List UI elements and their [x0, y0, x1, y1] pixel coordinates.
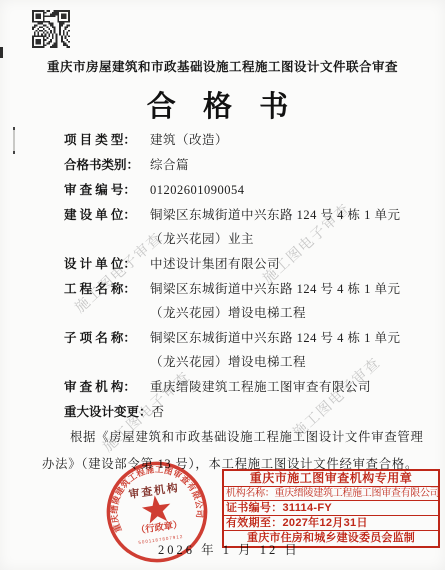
- field-label: 合格书类别：: [64, 153, 150, 177]
- field-value: 铜梁区东城街道中兴东路 124 号 4 栋 1 单元（龙兴花园）增设电梯工程: [150, 326, 419, 374]
- field-value: 建筑（改造）: [150, 128, 419, 152]
- qr-code: [32, 10, 70, 48]
- field-row-review-number: 审 查 编 号： 01202601090054: [64, 178, 419, 202]
- field-row-project-name: 工 程 名 称： 铜梁区东城街道中兴东路 124 号 4 栋 1 单元（龙兴花园…: [64, 277, 419, 325]
- seal-caption-top: 审查机构: [128, 480, 181, 501]
- field-row-construction-unit: 建 设 单 位： 铜梁区东城街道中兴东路 124 号 4 栋 1 单元（龙兴花园…: [64, 203, 419, 251]
- field-label: 项 目 类 型：: [64, 128, 150, 152]
- field-label: 审 查 编 号：: [64, 178, 150, 202]
- field-value: 否: [152, 400, 419, 424]
- field-value: 铜梁区东城街道中兴东路 124 号 4 栋 1 单元（龙兴花园）增设电梯工程: [150, 277, 419, 325]
- field-value: 铜梁区东城街道中兴东路 124 号 4 栋 1 单元（龙兴花园）业主: [150, 203, 419, 251]
- field-row-subproject-name: 子 项 名 称： 铜梁区东城街道中兴东路 124 号 4 栋 1 单元（龙兴花园…: [64, 326, 419, 374]
- seal-box-org-name: 机构名称：重庆缙陵建筑工程施工图审查有限公司: [224, 486, 438, 500]
- approval-seal-box: 重庆市施工图审查机构专用章 机构名称：重庆缙陵建筑工程施工图审查有限公司 证书编…: [222, 469, 440, 548]
- field-row-certificate-category: 合格书类别： 综合篇: [64, 153, 419, 177]
- field-label: 审 查 机 构：: [64, 375, 150, 399]
- field-row-major-design-change: 重大设计变更： 否: [64, 400, 419, 424]
- field-label: 工 程 名 称：: [64, 277, 150, 325]
- field-label: 建 设 单 位：: [64, 203, 150, 251]
- document-title: 合 格 书: [0, 84, 445, 125]
- field-row-design-unit: 设 计 单 位： 中述设计集团有限公司: [64, 252, 419, 276]
- field-row-review-agency: 审 查 机 构： 重庆缙陵建筑工程施工图审查有限公司: [64, 375, 419, 399]
- field-label: 重大设计变更：: [64, 400, 152, 424]
- field-label: 设 计 单 位：: [64, 252, 150, 276]
- seal-box-cert-number: 证书编号：31114-FY: [224, 500, 438, 515]
- seal-caption-bottom: （行政章）: [135, 518, 183, 536]
- round-official-seal: 重庆缙陵建筑工程施工图审查有限公司 审查机构 （行政章） 50011878079…: [97, 452, 217, 570]
- fields-section: 项 目 类 型： 建筑（改造） 合格书类别： 综合篇 审 查 编 号： 0120…: [64, 128, 419, 425]
- seal-box-title: 重庆市施工图审查机构专用章: [224, 471, 438, 486]
- field-value: 综合篇: [150, 153, 419, 177]
- document-header: 重庆市房屋建筑和市政基础设施工程施工图设计文件联合审查: [0, 57, 445, 75]
- field-value: 重庆缙陵建筑工程施工图审查有限公司: [150, 375, 419, 399]
- field-label: 子 项 名 称：: [64, 326, 150, 374]
- seal-box-footer: 重庆市住房和城乡建设委员会监制: [224, 530, 438, 546]
- field-value: 中述设计集团有限公司: [150, 252, 419, 276]
- seal-box-valid-until: 有效期至：2027年12月31日: [224, 515, 438, 530]
- field-row-project-type: 项 目 类 型： 建筑（改造）: [64, 128, 419, 152]
- certificate-page: 施工图电子审查 施工图电子审查 施工图电子审查 施工图电子审查 重庆市房屋建筑和…: [0, 0, 445, 570]
- field-value: 01202601090054: [150, 178, 419, 202]
- scan-artifact-line: [13, 127, 15, 154]
